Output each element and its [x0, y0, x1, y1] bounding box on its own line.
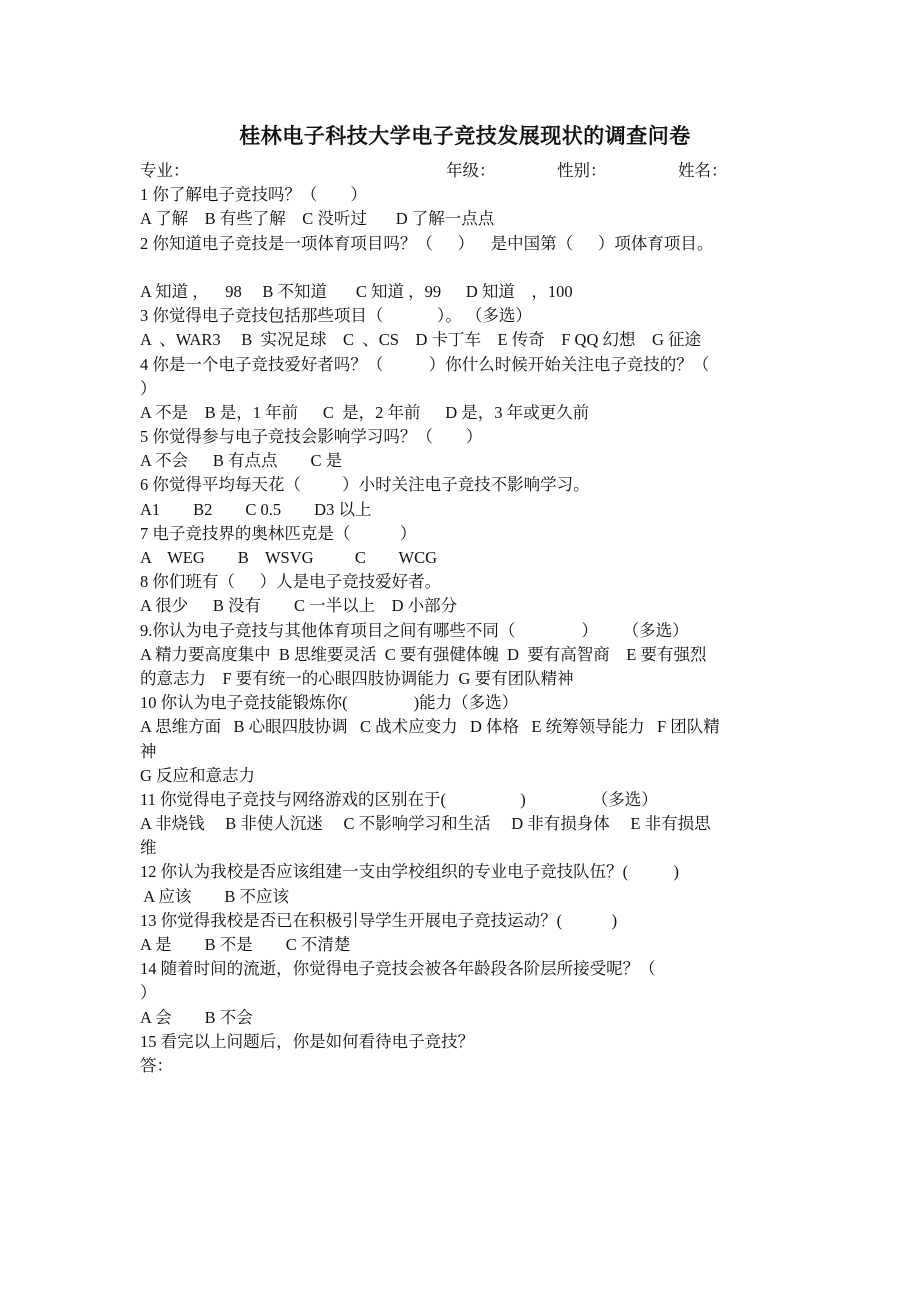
text-line: A 非烧钱 B 非使人沉迷 C 不影响学习和生活 D 非有损身体 E 非有损思: [140, 812, 790, 836]
text-line: 7 电子竞技界的奥林匹克是（ ）: [140, 522, 790, 546]
text-line: 4 你是一个电子竞技爱好者吗？（ ）你什么时候开始关注电子竞技的？（: [140, 353, 790, 377]
name-field-label: 姓名：: [678, 159, 728, 183]
text-line: A WEG B WSVG C WCG: [140, 546, 790, 570]
text-line: 5 你觉得参与电子竞技会影响学习吗？（ ）: [140, 425, 790, 449]
text-line: 11 你觉得电子竞技与网络游戏的区别在于( ) （多选）: [140, 788, 790, 812]
major-field-label: 专业：: [140, 159, 190, 183]
gender-field-label: 性别：: [557, 159, 607, 183]
text-line: 14 随着时间的流逝，你觉得电子竞技会被各年龄段各阶层所接受呢？（: [140, 957, 790, 981]
grade-field-label: 年级：: [446, 159, 496, 183]
respondent-info-line: 专业： 年级： 性别： 姓名：: [140, 159, 790, 183]
blank-line: [140, 256, 790, 280]
text-line: 10 你认为电子竞技能锻炼你( )能力（多选）: [140, 691, 790, 715]
text-line: 2 你知道电子竞技是一项体育项目吗？（ ） 是中国第（ ）项体育项目。: [140, 232, 790, 256]
text-line: 6 你觉得平均每天花（ ）小时关注电子竞技不影响学习。: [140, 473, 790, 497]
text-line: 维: [140, 836, 790, 860]
document-title: 桂林电子科技大学电子竞技发展现状的调查问卷: [140, 120, 790, 150]
text-line: 8 你们班有（ ）人是电子竞技爱好者。: [140, 570, 790, 594]
text-line: A 不会 B 有点点 C 是: [140, 449, 790, 473]
text-line: A 会 B 不会: [140, 1006, 790, 1030]
questionnaire-body: 专业： 年级： 性别： 姓名： 1 你了解电子竞技吗？（ ）A 了解 B 有些了…: [140, 159, 790, 1078]
text-line: 9.你认为电子竞技与其他体育项目之间有哪些不同（ ） （多选）: [140, 619, 790, 643]
text-line: ）: [140, 981, 790, 1005]
text-line: A 思维方面 B 心眼四肢协调 C 战术应变力 D 体格 E 统筹领导能力 F …: [140, 715, 790, 739]
text-line: 15 看完以上问题后，你是如何看待电子竞技？: [140, 1030, 790, 1054]
text-line: 3 你觉得电子竞技包括那些项目（ ）。 （多选）: [140, 304, 790, 328]
text-line: 的意志力 F 要有统一的心眼四肢协调能力 G 要有团队精神: [140, 667, 790, 691]
text-line: 12 你认为我校是否应该组建一支由学校组织的专业电子竞技队伍？( ): [140, 860, 790, 884]
text-line: A 应该 B 不应该: [140, 885, 790, 909]
text-line: G 反应和意志力: [140, 764, 790, 788]
text-line: 答：: [140, 1054, 790, 1078]
text-line: A 知道 ， 98 B 不知道 C 知道 ，99 D 知道 ，100: [140, 280, 790, 304]
text-line: 神: [140, 740, 790, 764]
text-line: A 是 B 不是 C 不清楚: [140, 933, 790, 957]
text-line: A 了解 B 有些了解 C 没听过 D 了解一点点: [140, 207, 790, 231]
text-line: A 、WAR3 B 实况足球 C 、CS D 卡丁车 E 传奇 F QQ 幻想 …: [140, 328, 790, 352]
text-line: ）: [140, 377, 790, 401]
text-line: A 不是 B 是，1 年前 C 是，2 年前 D 是，3 年或更久前: [140, 401, 790, 425]
question-lines: 1 你了解电子竞技吗？（ ）A 了解 B 有些了解 C 没听过 D 了解一点点2…: [140, 183, 790, 1078]
text-line: A1 B2 C 0.5 D3 以上: [140, 498, 790, 522]
text-line: A 很少 B 没有 C 一半以上 D 小部分: [140, 594, 790, 618]
text-line: 13 你觉得我校是否已在积极引导学生开展电子竞技运动？( ): [140, 909, 790, 933]
text-line: A 精力要高度集中 B 思维要灵活 C 要有强健体魄 D 要有高智商 E 要有强…: [140, 643, 790, 667]
text-line: 1 你了解电子竞技吗？（ ）: [140, 183, 790, 207]
